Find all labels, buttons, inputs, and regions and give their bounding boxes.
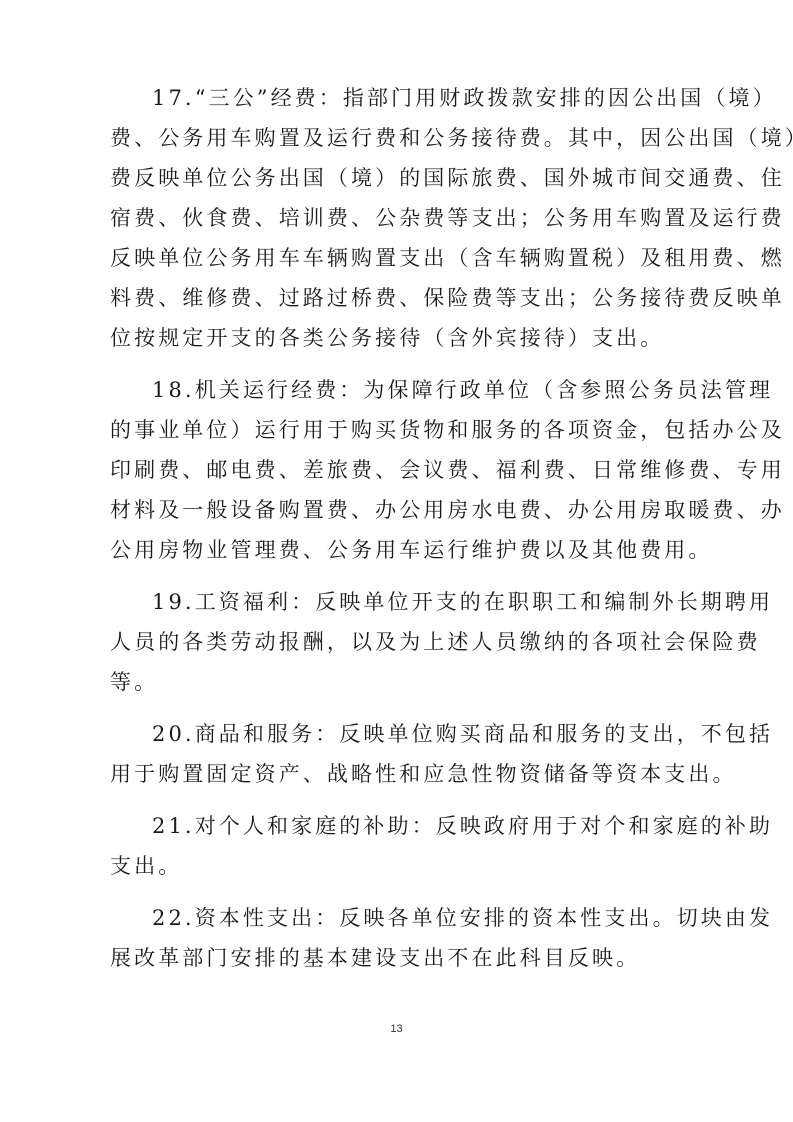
text-line: 用于购置固定资产、战略性和应急性物资储备等资本支出。	[110, 754, 698, 794]
text-line: 18.机关运行经费：为保障行政单位（含参照公务员法管理	[110, 370, 698, 410]
text-line: 印刷费、邮电费、差旅费、会议费、福利费、日常维修费、专用	[110, 450, 698, 490]
paragraph-item-17: 17.“三公”经费：指部门用财政拨款安排的因公出国（境） 费、公务用车购置及运行…	[110, 78, 698, 358]
text-line: 费、公务用车购置及运行费和公务接待费。其中，因公出国（境）	[110, 118, 698, 158]
text-line: 公用房物业管理费、公务用车运行维护费以及其他费用。	[110, 530, 698, 570]
text-line: 材料及一般设备购置费、办公用房水电费、办公用房取暖费、办	[110, 490, 698, 530]
text-line: 位按规定开支的各类公务接待（含外宾接待）支出。	[110, 318, 698, 358]
text-line: 17.“三公”经费：指部门用财政拨款安排的因公出国（境）	[110, 78, 698, 118]
paragraph-item-20: 20.商品和服务：反映单位购买商品和服务的支出，不包括 用于购置固定资产、战略性…	[110, 714, 698, 794]
text-line: 料费、维修费、过路过桥费、保险费等支出；公务接待费反映单	[110, 278, 698, 318]
document-page: 17.“三公”经费：指部门用财政拨款安排的因公出国（境） 费、公务用车购置及运行…	[110, 78, 698, 978]
text-line: 19.工资福利：反映单位开支的在职职工和编制外长期聘用	[110, 582, 698, 622]
text-line: 22.资本性支出：反映各单位安排的资本性支出。切块由发	[110, 898, 698, 938]
text-line: 等。	[110, 662, 698, 702]
text-line: 20.商品和服务：反映单位购买商品和服务的支出，不包括	[110, 714, 698, 754]
text-line: 费反映单位公务出国（境）的国际旅费、国外城市间交通费、住	[110, 158, 698, 198]
text-line: 展改革部门安排的基本建设支出不在此科目反映。	[110, 938, 698, 978]
text-line: 反映单位公务用车车辆购置支出（含车辆购置税）及租用费、燃	[110, 238, 698, 278]
text-line: 宿费、伙食费、培训费、公杂费等支出；公务用车购置及运行费	[110, 198, 698, 238]
paragraph-item-19: 19.工资福利：反映单位开支的在职职工和编制外长期聘用 人员的各类劳动报酬，以及…	[110, 582, 698, 702]
paragraph-item-21: 21.对个人和家庭的补助：反映政府用于对个和家庭的补助 支出。	[110, 806, 698, 886]
paragraph-item-18: 18.机关运行经费：为保障行政单位（含参照公务员法管理 的事业单位）运行用于购买…	[110, 370, 698, 570]
text-line: 人员的各类劳动报酬，以及为上述人员缴纳的各项社会保险费	[110, 622, 698, 662]
paragraph-item-22: 22.资本性支出：反映各单位安排的资本性支出。切块由发 展改革部门安排的基本建设…	[110, 898, 698, 978]
text-line: 的事业单位）运行用于购买货物和服务的各项资金，包括办公及	[110, 410, 698, 450]
text-line: 21.对个人和家庭的补助：反映政府用于对个和家庭的补助	[110, 806, 698, 846]
text-line: 支出。	[110, 846, 698, 886]
page-number: 13	[0, 1023, 793, 1035]
